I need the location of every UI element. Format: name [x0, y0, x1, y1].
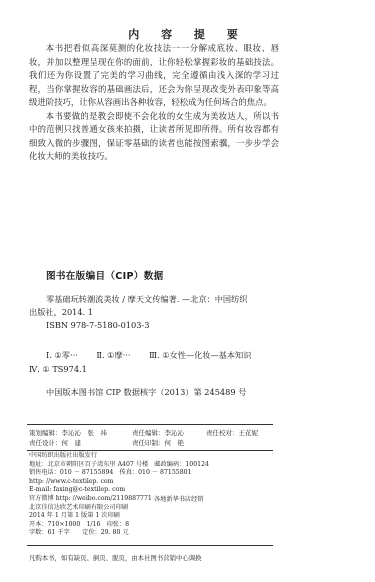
footer-notice: 凡购本书，如有缺页、倒页、脱页，由本社图书营销中心调换: [29, 553, 202, 562]
divider: [27, 450, 273, 451]
printer: 北京佳信达欣艺术印刷有限公司印刷: [29, 504, 209, 513]
publisher-phone: 销售电话：010 － 87155894 传真：010 － 87155801: [29, 469, 209, 478]
divider: [27, 424, 273, 425]
class-item: Ⅳ. ① TS974.1: [29, 362, 284, 376]
publisher-website: http: //www.c-textilep. com: [29, 478, 209, 487]
distributor: 各地新华书店经销: [154, 496, 204, 505]
summary-paragraph: 本书要做的是教会即使不会化妆的女生成为美妆达人，所以书中的范例只找普通女孩来拍摄…: [29, 110, 279, 164]
cip-entry-line: 零基础玩转潮流美妆 / 摩天文传编著. —北京：中国纺织: [29, 293, 279, 306]
class-item: Ⅰ. ①零···: [46, 350, 78, 360]
summary-paragraph: 本书把看似高深莫测的化妆技法一一分解成底妆、眼妆、唇妆，并加以整理呈现在你的面前…: [29, 42, 279, 110]
responsible-editor: 责任编辑：李沁沁: [132, 429, 184, 439]
printing-supervisor: 责任印制：何 艳: [132, 439, 184, 449]
edition: 2014 年 1 月第 1 版第 1 次印刷: [29, 512, 209, 521]
cip-heading: 图书在版编目（CIP）数据: [46, 268, 163, 282]
proofreader: 责任校对：王花妮: [206, 429, 258, 439]
cip-classification: Ⅰ. ①零··· Ⅱ. ①摩··· Ⅲ. ①女性—化妆—基本知识 Ⅳ. ① TS…: [29, 348, 284, 376]
publisher-line: 中国纺织出版社出版发行: [29, 452, 209, 461]
publisher-email: E-mail: faxing@c-textilep. com: [29, 486, 209, 495]
designer: 责任设计：何 建: [29, 439, 81, 449]
class-item: Ⅲ. ①女性—化妆—基本知识: [149, 350, 251, 360]
wordcount-price: 字数：61 千字 定价：29. 80 元: [29, 529, 209, 538]
class-item: Ⅱ. ①摩···: [96, 350, 130, 360]
planning-editor: 策划编辑：李沁沁 张 祎: [29, 429, 107, 439]
summary-body: 本书把看似高深莫测的化妆技法一一分解成底妆、眼妆、唇妆，并加以整理呈现在你的面前…: [29, 42, 279, 164]
publisher-address: 地址：北京市朝阳区百子湾东里 A407 号楼 邮政编码：100124: [29, 461, 209, 470]
publisher-info: 中国纺织出版社出版发行 地址：北京市朝阳区百子湾东里 A407 号楼 邮政编码：…: [29, 452, 209, 538]
cip-entry-line: 出版社，2014. 1: [29, 306, 279, 319]
summary-heading: 内 容 提 要: [0, 26, 375, 42]
copyright-page: 内 容 提 要 本书把看似高深莫测的化妆技法一一分解成底妆、眼妆、唇妆，并加以整…: [0, 0, 375, 582]
cip-entry: 零基础玩转潮流美妆 / 摩天文传编著. —北京：中国纺织 出版社，2014. 1…: [29, 293, 279, 332]
divider: [27, 545, 273, 546]
isbn: ISBN 978-7-5180-0103-3: [29, 319, 279, 332]
cip-record-number: 中国版本图书馆 CIP 数据核字（2013）第 245489 号: [46, 387, 246, 398]
